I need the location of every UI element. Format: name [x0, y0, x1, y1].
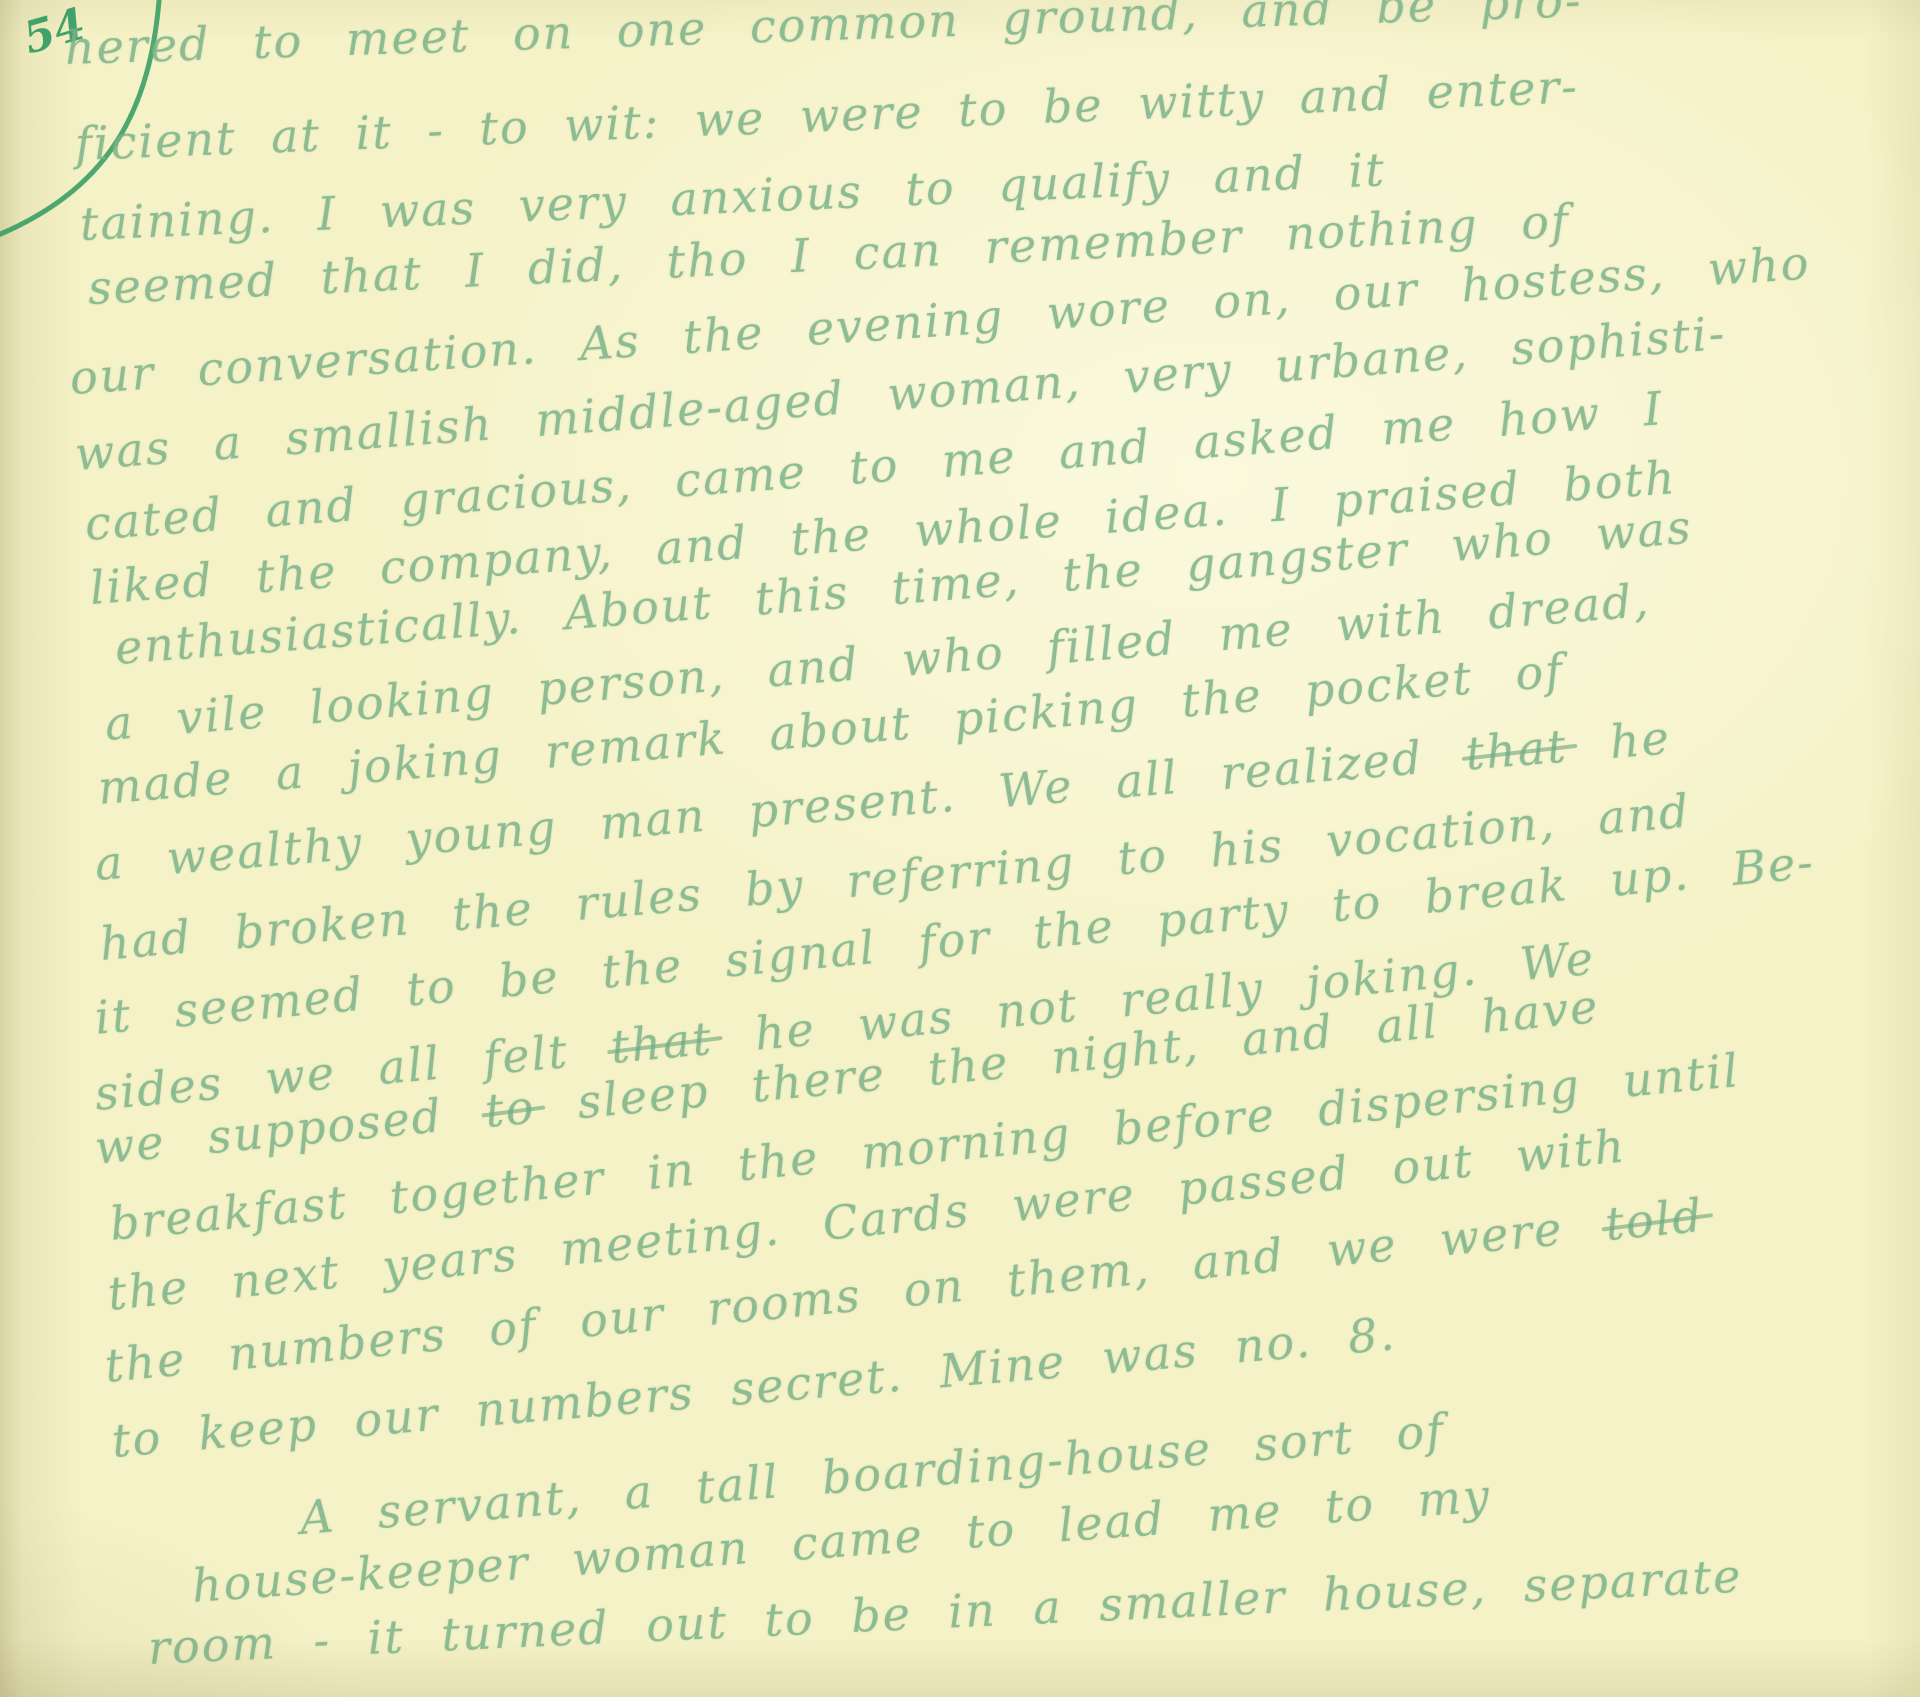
handwritten-line: hered to meet on one common ground, and …	[64, 0, 1583, 75]
journal-page: 54 hered to meet on one common ground, a…	[0, 0, 1920, 1697]
struck-word: told	[1603, 1188, 1706, 1251]
handwriting-lines: hered to meet on one common ground, and …	[0, 0, 1920, 1697]
struck-word: that	[1463, 719, 1569, 781]
struck-word: to	[483, 1080, 538, 1138]
